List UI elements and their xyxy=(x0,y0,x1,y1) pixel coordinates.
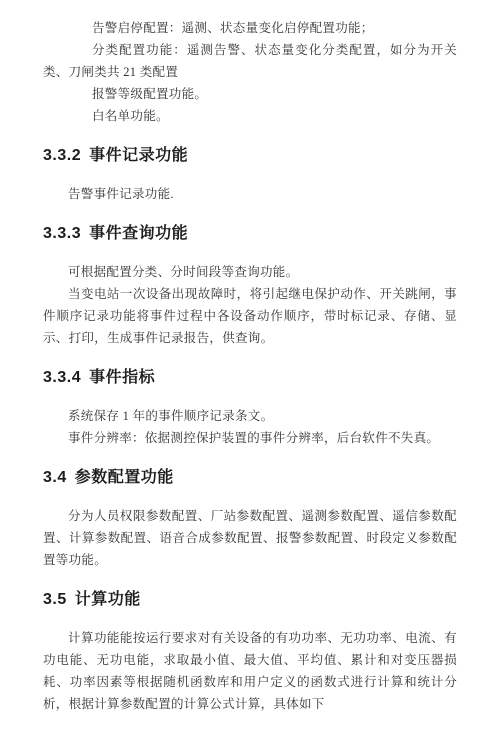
section-heading-3-4: 3.4参数配置功能 xyxy=(43,468,457,488)
section-3-3-4-paragraph-resolution: 事件分辨率：依据测控保护装置的事件分辨率，后台软件不失真。 xyxy=(43,427,457,449)
section-3-3-3-paragraph-query: 可根据配置分类、分时间段等查询功能。 xyxy=(43,261,457,283)
page-content: 告警启停配置：遥测、状态量变化启停配置功能； 分类配置功能：遥测告警、状态量变化… xyxy=(0,0,484,715)
section-title: 事件指标 xyxy=(89,369,155,386)
section-heading-3-3-4: 3.3.4事件指标 xyxy=(43,368,457,388)
section-3-5-paragraph: 计算功能能按运行要求对有关设备的有功功率、无功功率、电流、有功电能、无功电能，求… xyxy=(43,627,457,715)
section-title: 计算功能 xyxy=(75,591,141,608)
section-title: 事件查询功能 xyxy=(89,225,188,242)
section-title: 参数配置功能 xyxy=(75,469,174,486)
section-3-4-paragraph: 分为人员权限参数配置、厂站参数配置、遥测参数配置、遥信参数配置、计算参数配置、语… xyxy=(43,505,457,571)
section-number: 3.3.4 xyxy=(43,368,81,388)
section-number: 3.4 xyxy=(43,468,67,488)
document-page: 告警启停配置：遥测、状态量变化启停配置功能； 分类配置功能：遥测告警、状态量变化… xyxy=(0,0,484,738)
section-title: 事件记录功能 xyxy=(89,147,188,164)
section-3-3-4-paragraph-retention: 系统保存 1 年的事件顺序记录条文。 xyxy=(43,405,457,427)
intro-paragraph-alarm-level-config: 报警等级配置功能。 xyxy=(43,83,457,105)
section-heading-3-3-3: 3.3.3事件查询功能 xyxy=(43,224,457,244)
section-heading-3-5: 3.5计算功能 xyxy=(43,590,457,610)
section-number: 3.3.3 xyxy=(43,224,81,244)
section-number: 3.3.2 xyxy=(43,146,81,166)
section-heading-3-3-2: 3.3.2事件记录功能 xyxy=(43,146,457,166)
intro-paragraph-alarm-startstop-config: 告警启停配置：遥测、状态量变化启停配置功能； xyxy=(43,17,457,39)
intro-paragraph-whitelist: 白名单功能。 xyxy=(43,105,457,127)
intro-paragraph-classification-config: 分类配置功能：遥测告警、状态量变化分类配置，如分为开关类、刀闸类共 21 类配置 xyxy=(43,39,457,83)
section-3-3-3-paragraph-sequence-record: 当变电站一次设备出现故障时，将引起继电保护动作、开关跳闸，事件顺序记录功能将事件… xyxy=(43,283,457,349)
section-number: 3.5 xyxy=(43,590,67,610)
section-3-3-2-paragraph: 告警事件记录功能. xyxy=(43,183,457,205)
